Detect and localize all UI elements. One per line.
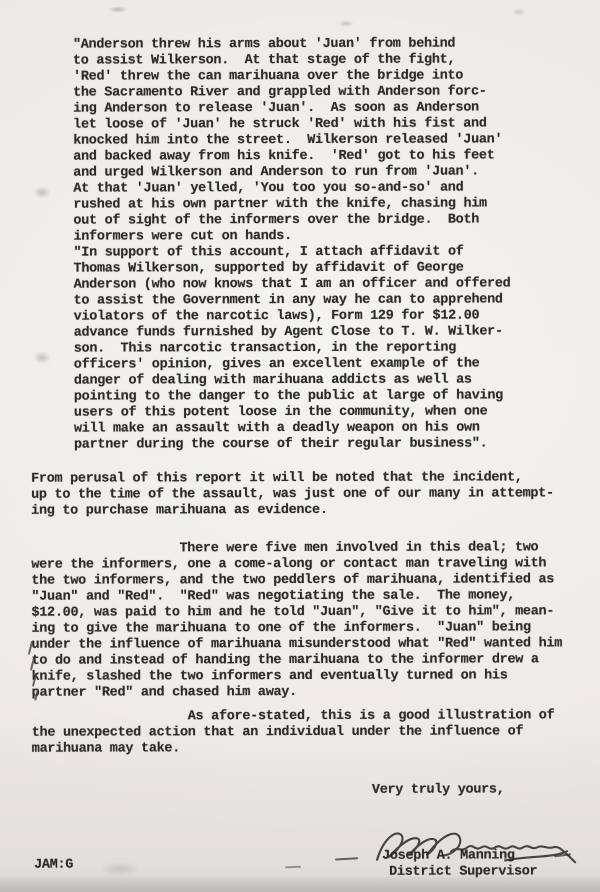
pen-dash-mark (285, 866, 301, 869)
paragraph-perusal: From perusal of this report it will be n… (31, 470, 554, 519)
closing-salutation: Very truly yours, (372, 782, 505, 798)
typist-initials: JAM:G (34, 858, 73, 874)
quoted-report-block: "Anderson threw his arms about 'Juan' fr… (73, 36, 511, 453)
signature-scrawl-icon (347, 823, 583, 872)
scanned-letter-page: "Anderson threw his arms about 'Juan' fr… (0, 0, 600, 892)
paragraph-five-men: There were five men involved in this dea… (31, 540, 562, 701)
paragraph-afore-stated: As afore-stated, this is a good illustra… (32, 708, 555, 757)
letter-content: "Anderson threw his arms about 'Juan' fr… (0, 0, 600, 892)
